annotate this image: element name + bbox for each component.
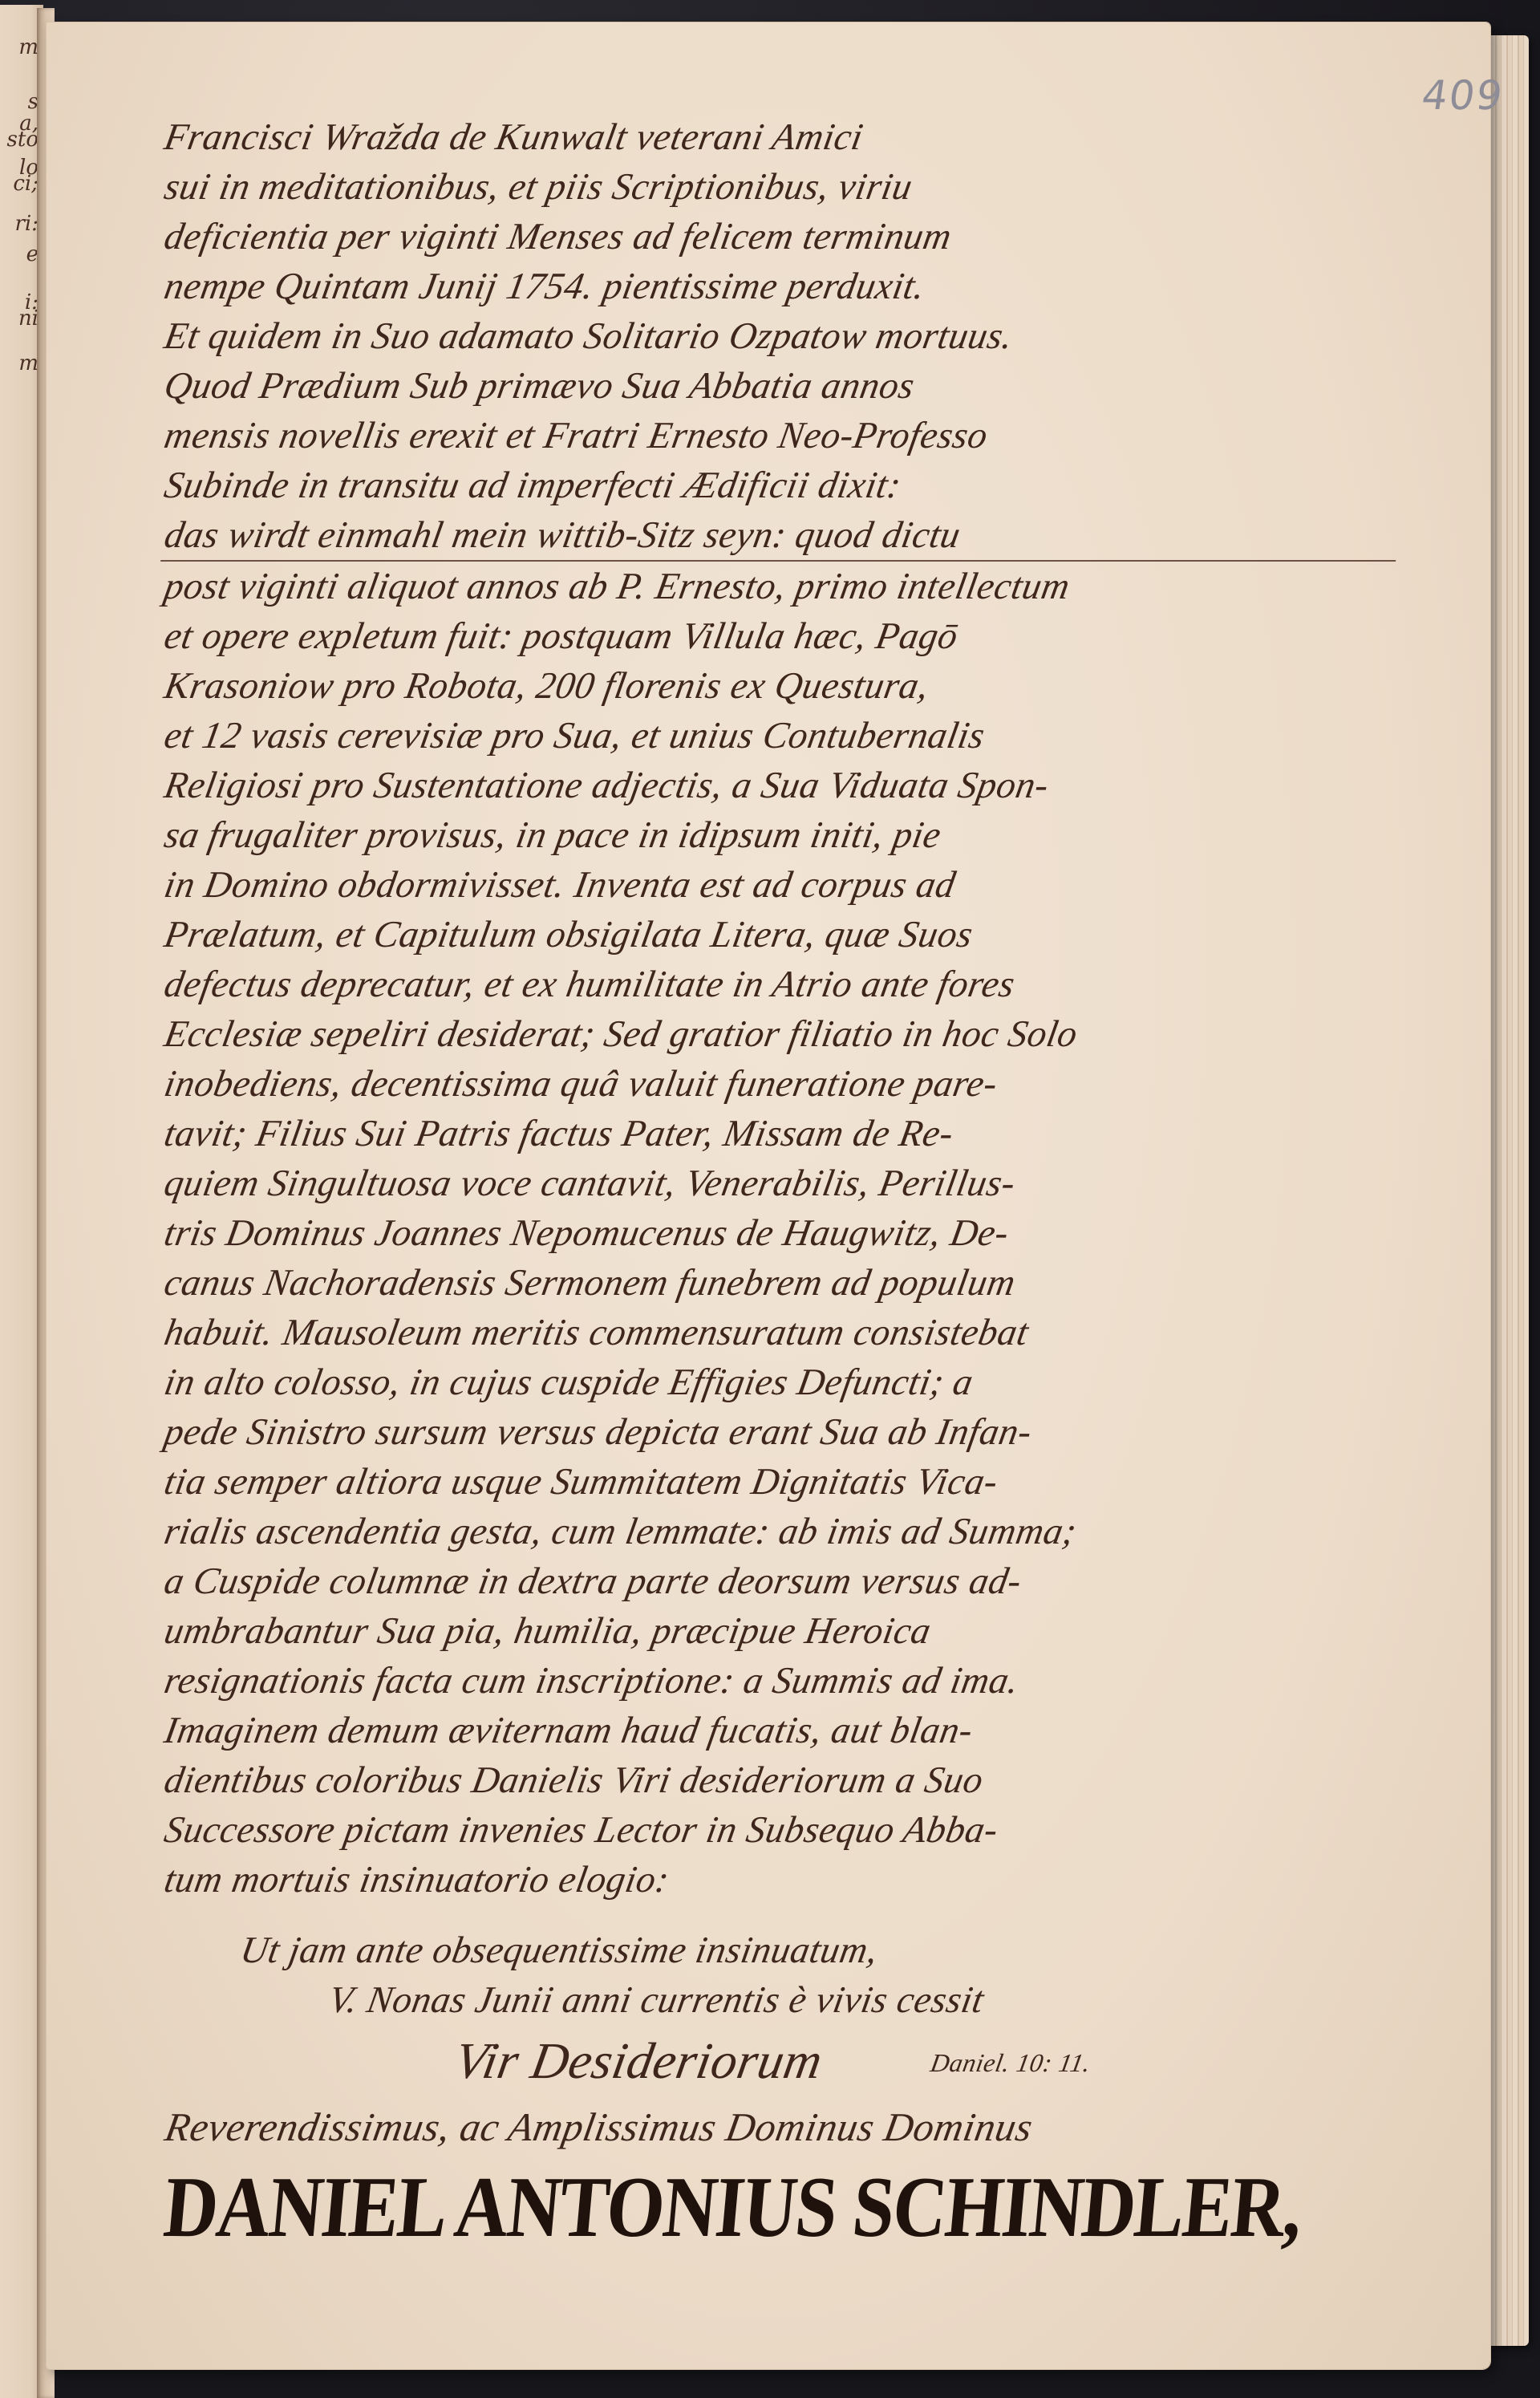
left-page-fragment: m (18, 37, 38, 58)
left-page-fragment: ci; (13, 173, 38, 194)
text-line: et opere expletum fuit: postquam Villula… (160, 611, 1404, 661)
text-line: Imaginem demum æviternam haud fucatis, a… (160, 1706, 1404, 1755)
text-line: Successore pictam invenies Lector in Sub… (160, 1805, 1404, 1855)
text-line: Quod Prædium Sub primævo Sua Abbatia ann… (160, 361, 1404, 411)
text-line: canus Nachoradensis Sermonem funebrem ad… (160, 1258, 1404, 1308)
text-line: tavit; Filius Sui Patris factus Pater, M… (160, 1109, 1404, 1158)
scripture-reference: Daniel. 10: 11. (928, 2048, 1092, 2077)
honorific-line: Reverendissimus, ac Amplissimus Dominus … (160, 2097, 1406, 2157)
text-line: a Cuspide columnæ in dextra parte deorsu… (160, 1556, 1404, 1606)
text-line: deficientia per viginti Menses ad felice… (160, 212, 1404, 262)
page-edges-stack (1490, 35, 1529, 2346)
text-line: in alto colosso, in cujus cuspide Effigi… (160, 1357, 1404, 1407)
text-line: sui in meditationibus, et piis Scription… (160, 162, 1404, 212)
text-line: Religiosi pro Sustentatione adjectis, a … (160, 761, 1404, 810)
left-page-fragment: sto (7, 129, 38, 150)
text-line: Francisci Wražda de Kunwalt veterani Ami… (160, 112, 1404, 162)
text-line: inobediens, decentissima quâ valuit fune… (160, 1059, 1404, 1109)
text-line: habuit. Mausoleum meritis commensuratum … (160, 1308, 1404, 1357)
text-line: in Domino obdormivisset. Inventa est ad … (160, 860, 1404, 910)
folio-number: 409 (1419, 72, 1507, 119)
text-line: Et quidem in Suo adamato Solitario Ozpat… (160, 311, 1404, 361)
text-line: Subinde in transitu ad imperfecti Ædific… (160, 461, 1404, 510)
text-line: Krasoniow pro Robota, 200 florenis ex Qu… (160, 661, 1404, 711)
text-line: pede Sinistro sursum versus depicta eran… (160, 1407, 1404, 1457)
manuscript-text: Francisci Wražda de Kunwalt veterani Ami… (160, 112, 1396, 2256)
text-line: Prælatum, et Capitulum obsigilata Litera… (160, 910, 1404, 960)
vir-desideriorum-heading: Vir Desideriorum Daniel. 10: 11. (160, 2025, 1408, 2097)
closing-line-1: Ut jam ante obsequentissime insinuatum, (160, 1925, 1404, 1975)
text-line: tris Dominus Joannes Nepomucenus de Haug… (160, 1208, 1404, 1258)
closing-section: Ut jam ante obsequentissime insinuatum, … (160, 1925, 1396, 2256)
text-line: Ecclesiæ sepeliri desiderat; Sed gratior… (160, 1009, 1404, 1059)
text-line-with-lemma: rialis ascendentia gesta, cum lemmate: a… (160, 1507, 1404, 1556)
left-page-fragment: ri: (14, 213, 38, 234)
heading-text: Vir Desideriorum (451, 2032, 827, 2089)
text-line: tum mortuis insinuatorio elogio: (160, 1855, 1404, 1905)
closing-line-2: V. Nonas Junii anni currentis è vivis ce… (160, 1975, 1404, 2025)
text-line: umbrabantur Sua pia, humilia, præcipue H… (160, 1606, 1404, 1656)
text-line: mensis novellis erexit et Fratri Ernesto… (160, 411, 1404, 461)
abbot-name: DANIEL ANTONIUS SCHINDLER, (156, 2160, 1227, 2256)
text-line: defectus deprecatur, et ex humilitate in… (160, 960, 1404, 1009)
left-page-fragment: m (18, 353, 38, 374)
text-line: dientibus coloribus Danielis Viri deside… (160, 1755, 1404, 1805)
text-line-with-inscription: resignationis facta cum inscriptione: a … (160, 1656, 1404, 1706)
text-line: nempe Quintam Junij 1754. pientissime pe… (160, 262, 1404, 311)
text-line: sa frugaliter provisus, in pace in idips… (160, 810, 1404, 860)
text-line: tia semper altiora usque Summitatem Dign… (160, 1457, 1404, 1507)
left-page-fragment: ni (18, 308, 38, 329)
text-line: quiem Singultuosa voce cantavit, Venerab… (160, 1158, 1404, 1208)
text-line: post viginti aliquot annos ab P. Ernesto… (160, 562, 1404, 611)
text-line-underlined-german-quote: das wirdt einmahl mein wittib-Sitz seyn:… (160, 510, 1404, 562)
text-line: et 12 vasis cerevisiæ pro Sua, et unius … (160, 711, 1404, 761)
